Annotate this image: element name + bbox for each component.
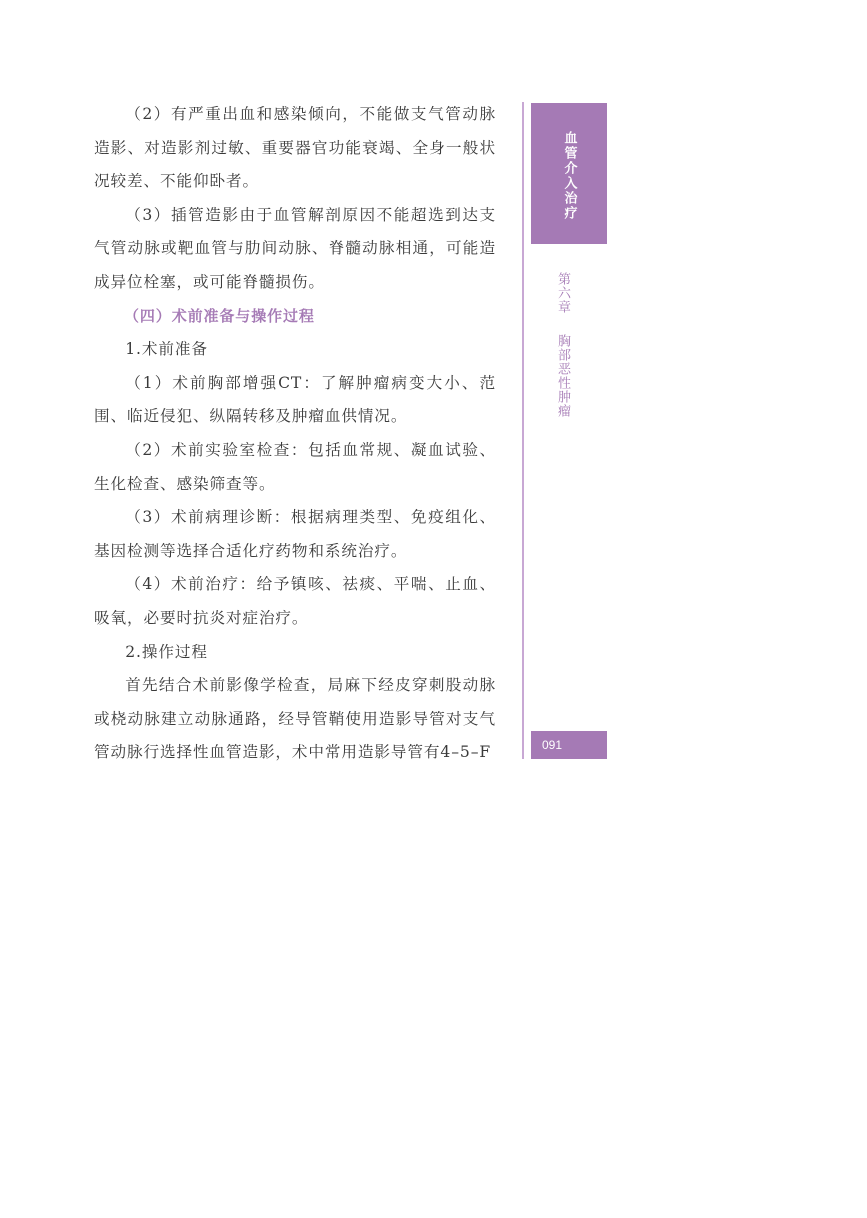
section-heading: （四）术前准备与操作过程 [94, 300, 496, 334]
paragraph-contraindication-3: （3）插管造影由于血管解剖原因不能超选到达支气管动脉或靶血管与肋间动脉、脊髓动脉… [94, 199, 496, 300]
book-title: 血管介入治疗 [560, 131, 579, 244]
paragraph-procedure: 首先结合术前影像学检查，局麻下经皮穿刺股动脉或桡动脉建立动脉通路，经导管鞘使用造… [94, 669, 496, 770]
page-number: 091 [531, 731, 607, 759]
chapter-label: 第六章胸部恶性肿瘤 [556, 272, 569, 418]
subheading-procedure: 2.操作过程 [94, 636, 496, 670]
paragraph-preop-1: （1）术前胸部增强CT：了解肿瘤病变大小、范围、临近侵犯、纵隔转移及肿瘤血供情况… [94, 367, 496, 434]
paragraph-contraindication-2: （2）有严重出血和感染倾向，不能做支气管动脉造影、对造影剂过敏、重要器官功能衰竭… [94, 98, 496, 199]
chapter-number: 第六章 [555, 272, 570, 314]
book-title-tab: 血管介入治疗 [531, 103, 607, 244]
paragraph-preop-4: （4）术前治疗：给予镇咳、祛痰、平喘、止血、吸氧，必要时抗炎对症治疗。 [94, 568, 496, 635]
margin-divider [522, 102, 524, 759]
main-text-column: （2）有严重出血和感染倾向，不能做支气管动脉造影、对造影剂过敏、重要器官功能衰竭… [94, 98, 496, 770]
paragraph-preop-2: （2）术前实验室检查：包括血常规、凝血试验、生化检查、感染筛查等。 [94, 434, 496, 501]
chapter-title: 胸部恶性肿瘤 [555, 334, 570, 418]
paragraph-preop-3: （3）术前病理诊断：根据病理类型、免疫组化、基因检测等选择合适化疗药物和系统治疗… [94, 501, 496, 568]
subheading-preop-prep: 1.术前准备 [94, 333, 496, 367]
